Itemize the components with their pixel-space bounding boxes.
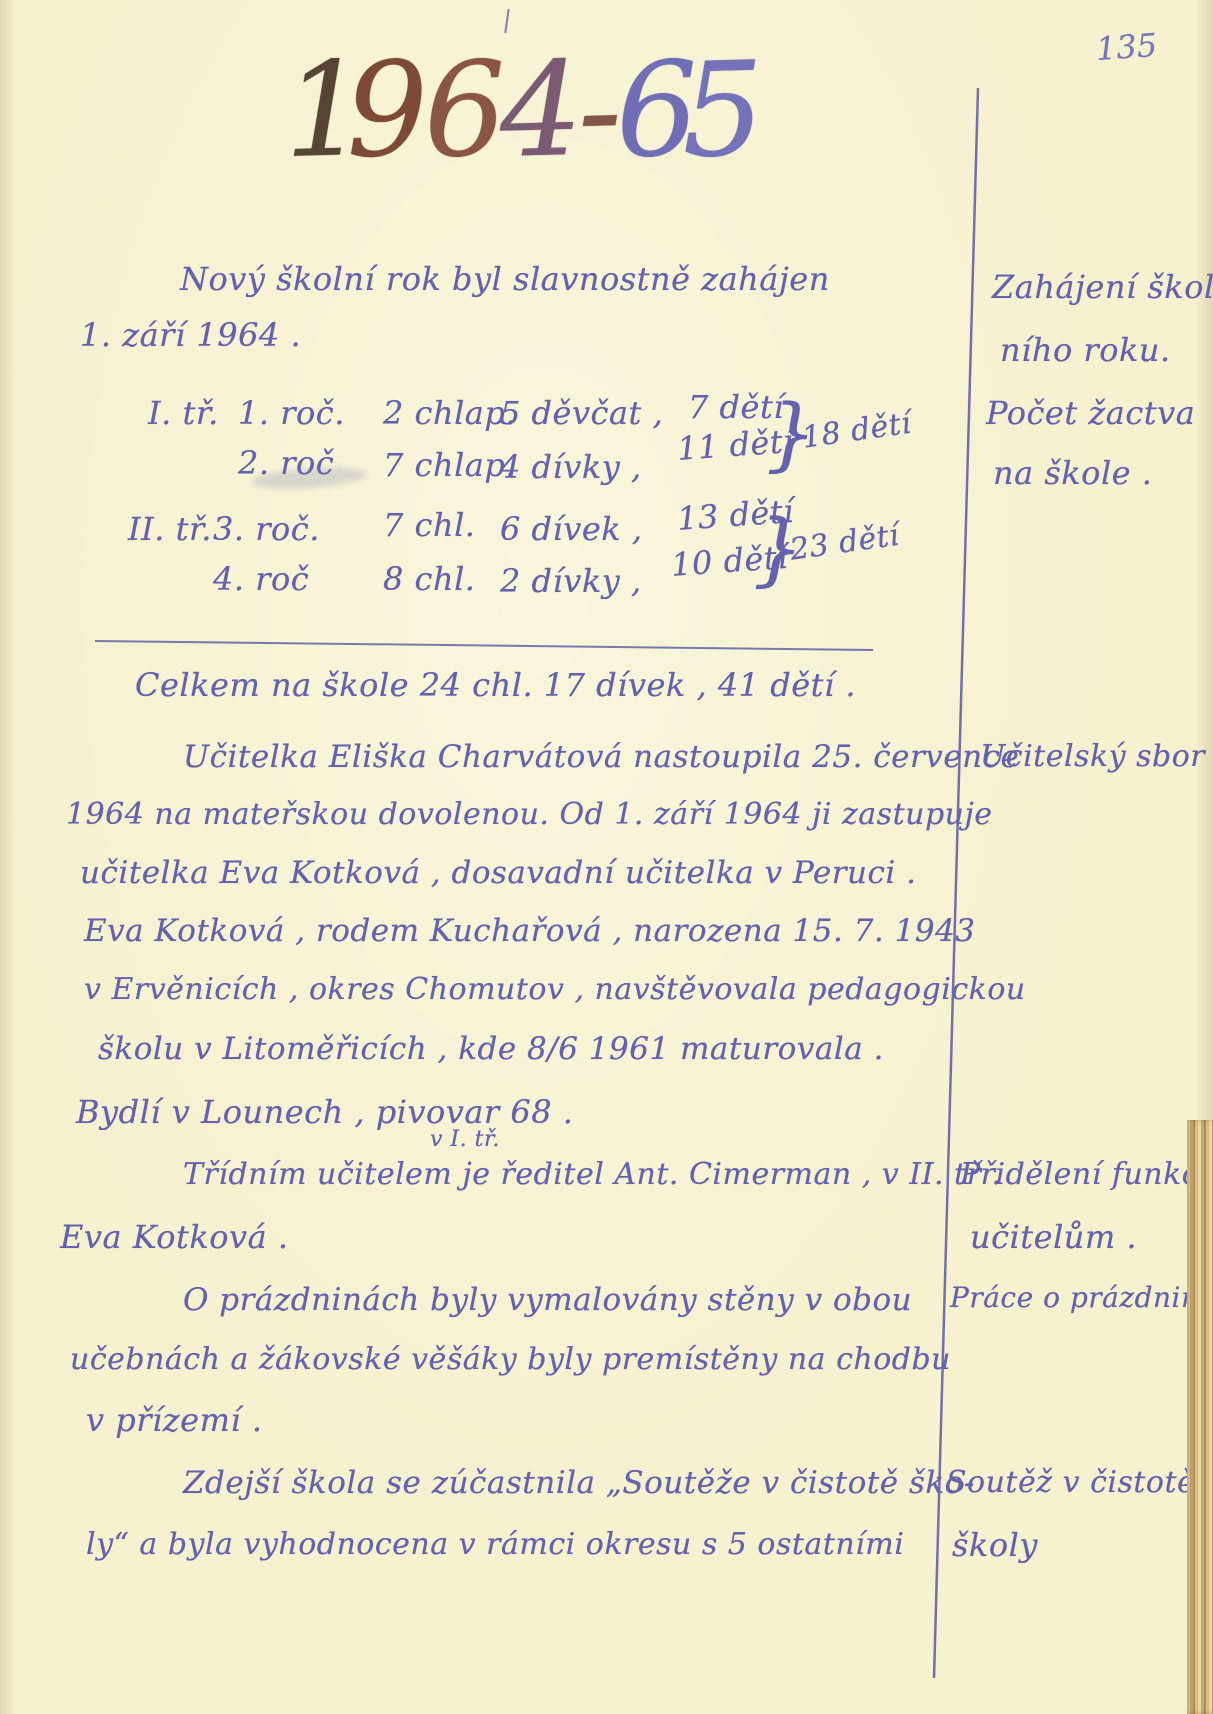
stray-mark: |	[501, 6, 513, 33]
margin-note: ního roku.	[1000, 333, 1171, 368]
body-line: Bydlí v Lounech , pivovar 68 .	[76, 1095, 573, 1130]
table-cell-grade: 4. roč	[213, 562, 309, 597]
table-cell-girls: 4 dívky ,	[500, 450, 642, 485]
body-line: učitelka Eva Kotková , dosavadní učitelk…	[80, 856, 917, 890]
table-cell-grade: 1. roč.	[238, 396, 345, 431]
margin-note: Práce o prázdninách	[950, 1283, 1213, 1314]
table-cell-boys: 7 chlap.	[383, 448, 516, 483]
table-cell-class: I. tř.	[148, 396, 219, 431]
book-page-edge	[1187, 1120, 1213, 1714]
table-cell-girls: 6 dívek ,	[500, 512, 643, 547]
table-cell-grade: 2. roč	[238, 446, 334, 481]
body-line: Zdejší škola se zúčastnila „Soutěže v či…	[183, 1466, 975, 1500]
margin-note: Zahájení škol-	[992, 270, 1213, 305]
group-total: 23 dětí	[788, 519, 901, 567]
body-line: Učitelka Eliška Charvátová nastoupila 25…	[183, 740, 1019, 774]
table-cell-grade: 3. roč.	[213, 512, 320, 547]
body-line: učebnách a žákovské věšáky byly premístě…	[70, 1343, 951, 1376]
body-line: Třídním učitelem je ředitel Ant. Cimerma…	[183, 1158, 1002, 1191]
body-line: Eva Kotková , rodem Kuchařová , narozena…	[84, 914, 976, 948]
table-cell-class: II. tř.	[128, 512, 212, 547]
table-cell-boys: 2 chlap.	[383, 396, 516, 431]
chronicle-page: 135 1964-65 |Nový školní rok byl slavnos…	[0, 0, 1213, 1714]
body-line: 1964 na mateřskou dovolenou. Od 1. září …	[66, 798, 993, 831]
margin-note: na škole .	[993, 456, 1152, 491]
table-cell-girls: 2 dívky ,	[500, 564, 642, 599]
table-cell-girls: 5 děvčat ,	[500, 396, 663, 431]
body-line: Eva Kotková .	[60, 1220, 289, 1255]
margin-note: Soutěž v čistotě	[946, 1466, 1195, 1499]
margin-note: Učitelský sbor .	[980, 740, 1213, 773]
handwriting-layer: |Nový školní rok byl slavnostně zahájen1…	[0, 0, 1213, 1714]
margin-note: Přidělení funkcí	[960, 1158, 1209, 1191]
body-line: ly“ a byla vyhodnocena v rámci okresu s …	[86, 1528, 904, 1561]
body-line: Nový školní rok byl slavnostně zahájen	[180, 262, 830, 297]
body-line: školu v Litoměřicích , kde 8/6 1961 matu…	[98, 1032, 884, 1066]
body-line: 1. září 1964 .	[80, 318, 301, 353]
body-line: v Ervěnicích , okres Chomutov , navštěvo…	[84, 973, 1026, 1006]
body-line: Celkem na škole 24 chl. 17 dívek , 41 dě…	[135, 668, 856, 703]
margin-note: učitelům .	[970, 1220, 1137, 1255]
table-cell-boys: 7 chl.	[383, 508, 475, 543]
body-line: O prázdninách byly vymalovány stěny v ob…	[183, 1283, 912, 1317]
table-cell-boys: 8 chl.	[383, 562, 475, 597]
margin-note: školy	[952, 1528, 1038, 1563]
inserted-note: v I. tř.	[430, 1128, 500, 1152]
body-line: v přízemí .	[86, 1403, 262, 1438]
margin-note: Počet žactva	[986, 396, 1195, 431]
